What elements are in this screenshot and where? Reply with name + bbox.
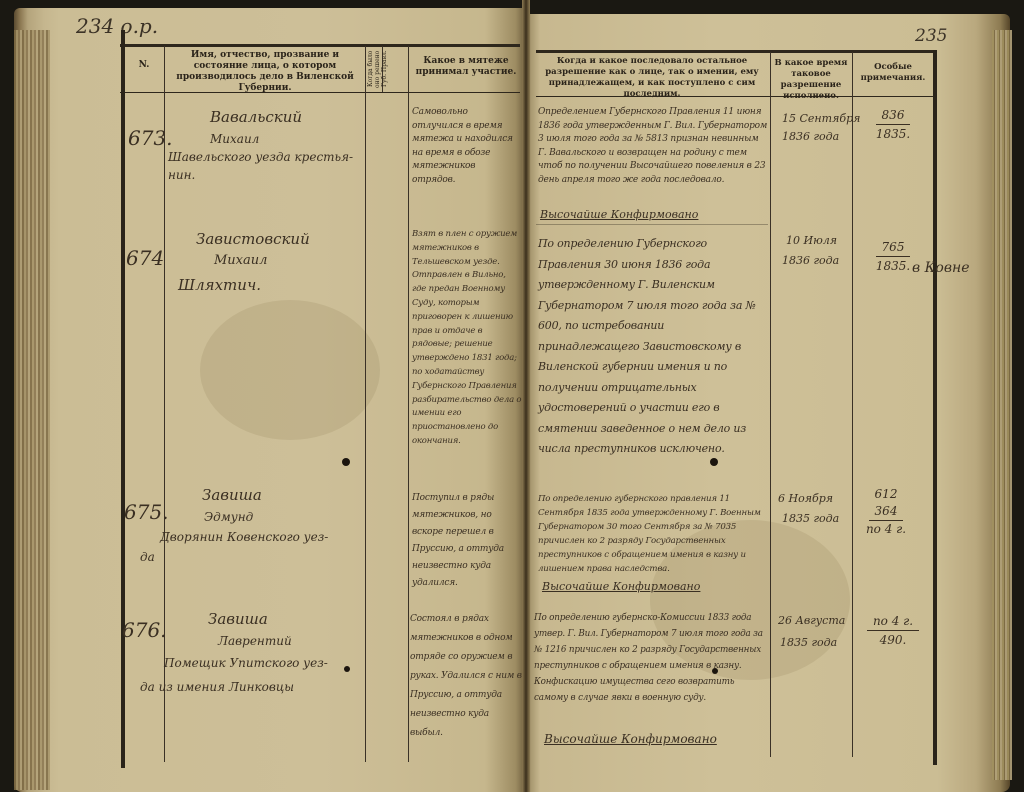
execution-date: 10 Июля [786,232,837,250]
person-given-name: Лаврентий [218,630,292,652]
entry-number: 673. [128,126,173,150]
participation-text: Самовольно отлучился в время мятежа и на… [412,106,520,187]
participation-text: Поступил в ряды мятежников, но вскоре пе… [412,490,522,592]
remarks-reference: по 4 г. 490. [856,612,930,649]
person-given-name: Эдмунд [204,506,253,528]
right-page-edges [992,30,1012,780]
binding-hole [344,666,350,672]
participation-text: Взят в плен с оружием мятежников в Тельш… [412,228,522,449]
remarks-bottom: 490. [880,633,907,647]
person-status-cont: да из имения Линковцы [140,676,294,698]
person-surname: Завиша [208,608,268,630]
remarks-note: в Ковне [912,260,970,276]
remarks-top: 612 [875,487,898,501]
person-status-cont: да [140,546,155,568]
remarks-bottom: 1835. [876,127,910,141]
right-margin-rule [933,50,937,765]
left-margin-rule [121,30,125,768]
further-decision-text: По определению губернского правления 11 … [538,492,768,576]
participation-text: Состоял в рядах мятежников в одном отряд… [410,610,522,743]
person-status: Дворянин Ковенского уез- [160,526,328,548]
row-divider [536,224,768,225]
person-surname: Завиша [202,484,262,506]
entry-number: 676. [122,618,167,642]
header-executed-when: В какое время таковое разрешение исполне… [772,58,850,102]
execution-date: 6 Ноября [778,490,833,508]
remarks-reference: 836 1835. [856,106,930,143]
remarks-reference: 612 364 по 4 г. [856,486,916,538]
execution-date: 26 Августа [778,612,845,630]
further-decision-text: Определением Губернского Правления 11 ию… [538,106,768,187]
remarks-bottom: по 4 г. [866,522,906,536]
header-participation: Какое в мятеже принимал участие. [410,56,522,78]
header-top-rule [120,44,520,47]
header-number: N. [124,60,164,71]
header-name: Имя, отчество, прозвание и состояние лиц… [167,50,363,94]
execution-year: 1836 года [782,252,839,270]
further-decision-text: По определению губернско-Комиссии 1833 г… [534,610,766,706]
confirmation-signature: Высочайше Конфирмовано [544,732,717,746]
person-surname: Вавальский [210,106,302,128]
execution-year: 1835 года [780,634,837,652]
column-rule [408,46,409,762]
paper-stain [200,300,380,440]
further-decision-text: По определению Губернского Правления 30 … [538,234,768,460]
confirmation-signature: Высочайше Конфирмовано [542,580,700,593]
header-top-rule [536,50,936,53]
entry-number: 675. [124,500,169,524]
confirmation-signature: Высочайше Конфирмовано [540,208,698,221]
person-status-cont: нин. [168,164,195,186]
binding-hole [710,458,718,466]
remarks-top: по 4 г. [867,612,919,631]
column-rule [770,52,771,757]
person-status: Шавельского уезда крестья- [168,146,353,168]
execution-date: 15 Сентября [782,110,860,128]
remarks-top: 765 [876,238,911,257]
person-status: Шляхтич. [178,274,261,296]
column-rule [852,52,853,757]
execution-year: 1836 года [782,128,839,146]
remarks-top: 836 [876,106,911,125]
column-rule [365,46,366,762]
left-page-edges [14,30,50,790]
header-remarks: Особые примечания. [854,62,932,84]
left-page-number: 234 о.р. [76,14,158,38]
person-given-name: Михаил [214,250,267,272]
remarks-middle: 364 [869,503,904,521]
binding-hole [342,458,350,466]
person-surname: Завистовский [196,228,310,250]
binding-hole [712,668,718,674]
entry-number: 674 [126,246,164,270]
person-status: Помещик Упитского уез- [164,652,328,674]
book-gutter [522,0,530,792]
remarks-bottom: 1835. [876,259,910,273]
right-page-number: 235 [915,26,947,46]
header-decision-date: Когда было оно решено Губ. Правл. [367,48,381,90]
execution-year: 1835 года [782,510,839,528]
open-ledger-book: 234 о.р. 235 N. Имя, отчество, прозвание… [0,0,1024,792]
header-further-decision: Когда и какое последовало остальное разр… [536,56,768,100]
